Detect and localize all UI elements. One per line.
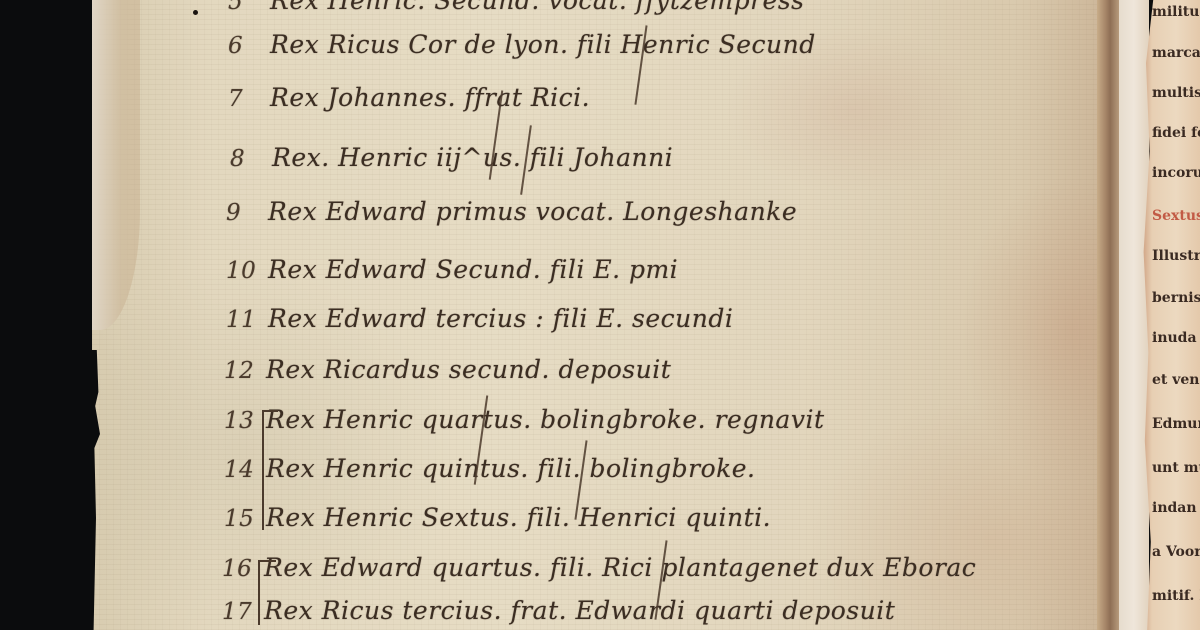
adjacent-text-line: militu. C (1152, 4, 1200, 20)
line-text: Rex Henric. Secund. vocat. ffytzempress (270, 0, 805, 15)
manuscript-line: 15Rex Henric Sextus. fili. Henrici quint… (224, 503, 771, 532)
line-number: 9 (226, 200, 268, 226)
line-text: Rex Ricardus secund. deposuit (266, 355, 671, 384)
adjacent-text-line: bernis Sa (1152, 290, 1200, 306)
line-number: 11 (226, 307, 268, 333)
line-number: 10 (226, 258, 268, 284)
manuscript-line: 16Rex Edward quartus. fili. Rici plantag… (222, 553, 976, 582)
line-text: Rex Henric Sextus. fili. Henrici quinti. (266, 503, 771, 532)
line-text: Rex Edward primus vocat. Longeshanke (268, 197, 797, 226)
line-number: 7 (228, 86, 270, 112)
binding-gutter (1097, 0, 1119, 630)
manuscript-line: 11Rex Edward tercius : fili E. secundi (226, 304, 733, 333)
grouping-bracket-top (258, 560, 276, 562)
line-text: Rex Ricus tercius. frat. Edwardi quarti … (264, 596, 895, 625)
line-text: Rex Johannes. ffrat Rici. (270, 83, 590, 112)
grouping-bracket (262, 410, 264, 530)
guard-strip (1119, 0, 1149, 630)
manuscript-line: 12Rex Ricardus secund. deposuit (224, 355, 671, 384)
manuscript-line: 17Rex Ricus tercius. frat. Edwardi quart… (222, 596, 895, 625)
adjacent-page-edge: militu. C marcas multis fidei fe incoru … (1140, 0, 1200, 630)
manuscript-line: 7Rex Johannes. ffrat Rici. (228, 83, 590, 112)
manuscript-line: 9Rex Edward primus vocat. Longeshanke (226, 197, 797, 226)
line-text: Rex Edward quartus. fili. Rici plantagen… (264, 553, 976, 582)
line-number: 8 (230, 146, 272, 172)
adjacent-text-line: mitif. Eeu (1152, 588, 1200, 604)
manuscript-line: 14Rex Henric quintus. fili. bolingbroke. (224, 454, 756, 483)
line-number: 12 (224, 358, 266, 384)
manuscript-line: 8Rex. Henric iij^us. fili Johanni (230, 143, 673, 172)
line-number: 15 (224, 506, 266, 532)
adjacent-rubric-line: Sextus (1152, 208, 1200, 224)
line-number: 14 (224, 457, 266, 483)
line-text: Rex Edward tercius : fili E. secundi (268, 304, 733, 333)
adjacent-text-line: fidei fe (1152, 125, 1200, 141)
line-number: 13 (224, 408, 266, 434)
adjacent-text-line: Illustri di (1152, 248, 1200, 264)
adjacent-text-line: et vener. (1152, 372, 1200, 388)
dark-backdrop (0, 0, 100, 630)
adjacent-text-line: indan mi (1152, 500, 1200, 516)
grouping-bracket (258, 560, 260, 625)
margin-stain (92, 0, 140, 330)
adjacent-text-line: marcas (1152, 45, 1200, 61)
line-text: Rex Henric quintus. fili. bolingbroke. (266, 454, 756, 483)
ink-dot (193, 10, 198, 15)
adjacent-text-line: a Voorhun (1152, 544, 1200, 560)
line-text: Rex Edward Secund. fili E. pmi (268, 255, 678, 284)
adjacent-text-line: Edmund (1152, 416, 1200, 432)
manuscript-line: 6Rex Ricus Cor de lyon. fili Henric Secu… (228, 30, 816, 59)
manuscript-line: 13Rex Henric quartus. bolingbroke. regna… (224, 405, 825, 434)
adjacent-text-line: multis (1152, 85, 1200, 101)
grouping-bracket-top (262, 410, 278, 412)
adjacent-text-line: incoru (1152, 165, 1200, 181)
line-text: Rex. Henric iij^us. fili Johanni (272, 143, 673, 172)
manuscript-line: 10Rex Edward Secund. fili E. pmi (226, 255, 678, 284)
line-text: Rex Henric quartus. bolingbroke. regnavi… (266, 405, 825, 434)
adjacent-text-line: inuda mul (1152, 330, 1200, 346)
line-text: Rex Ricus Cor de lyon. fili Henric Secun… (270, 30, 816, 59)
manuscript-line: 5Rex Henric. Secund. vocat. ffytzempress (228, 0, 805, 15)
line-number: 5 (228, 0, 270, 15)
line-number: 6 (228, 33, 270, 59)
adjacent-text-line: unt mul (1152, 460, 1200, 476)
